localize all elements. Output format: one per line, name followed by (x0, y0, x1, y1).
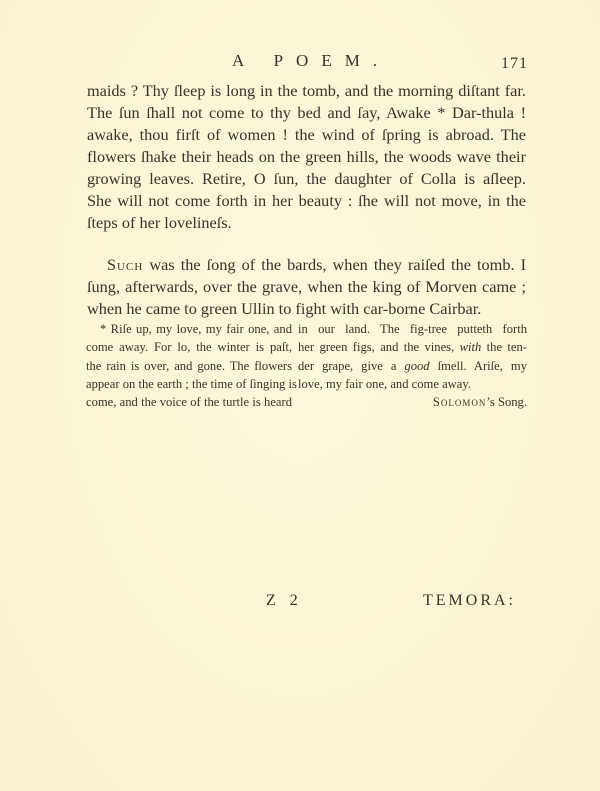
paragraph-lead-word: Such (107, 255, 143, 274)
text-fragment: der grape, give a (298, 359, 404, 373)
footnote-line: come, and the voice of the turtle is hea… (86, 393, 292, 411)
text-line: when he came to green Ullin to fight wit… (87, 298, 526, 320)
paragraph-2: Such was the ſong of the bards, when the… (87, 254, 526, 320)
footnote-attribution: Solomon’s Song. (298, 393, 527, 411)
footnote-line: love, my fair one, and come away. (298, 375, 527, 393)
footnote-line: in our land. The fig-tree putteth forth (298, 320, 527, 338)
text-line: awake, thou firſt of women ! the wind of… (87, 124, 526, 146)
footnote-line: the rain is over, and gone. The flowers (86, 357, 292, 375)
text-fragment: ſmell. Ariſe, my (430, 359, 527, 373)
text-fragment: was the ſong of the bards, when they rai… (143, 255, 526, 274)
text-fragment: her green figs, and the vines, (298, 340, 460, 354)
text-line: growing leaves. Retire, O ſun, the daugh… (87, 168, 526, 190)
footnote-left-column: * Riſe up, my love, my fair one, and com… (86, 320, 292, 411)
book-page: A POEM. 171 maids ? Thy ſleep is long in… (0, 0, 600, 791)
attribution-rest: ’s Song. (486, 395, 527, 409)
running-head: A POEM. (232, 51, 390, 71)
footnote-line: come away. For lo, the winter is paſt, (86, 338, 292, 356)
paragraph-1: maids ? Thy ſleep is long in the tomb, a… (87, 80, 526, 234)
footnote-line: appear on the earth ; the time of ſingin… (86, 375, 292, 393)
attribution-name: Solomon (433, 395, 487, 409)
text-line: maids ? Thy ſleep is long in the tomb, a… (87, 80, 526, 102)
footnote-line: der grape, give a good ſmell. Ariſe, my (298, 357, 527, 375)
page-number: 171 (501, 55, 528, 73)
text-line: flowers ſhake their heads on the green h… (87, 146, 526, 168)
footnote-line: her green figs, and the vines, with the … (298, 338, 527, 356)
text-line: ſung, afterwards, over the grave, when t… (87, 276, 526, 298)
text-line: The ſun ſhall not come to thy bed and ſa… (87, 102, 526, 124)
text-line: She will not come forth in her beauty : … (87, 190, 526, 212)
catchword: TEMORA: (423, 592, 516, 610)
italic-word: with (460, 340, 482, 354)
text-line: ſteps of her lovelineſs. (87, 212, 526, 234)
footnote-line: * Riſe up, my love, my fair one, and (86, 320, 292, 338)
footnote-right-column: in our land. The fig-tree putteth forth … (298, 320, 527, 411)
text-fragment: the ten- (481, 340, 527, 354)
text-line: Such was the ſong of the bards, when the… (87, 254, 526, 276)
signature-mark: Z 2 (266, 592, 303, 610)
italic-word: good (404, 359, 429, 373)
